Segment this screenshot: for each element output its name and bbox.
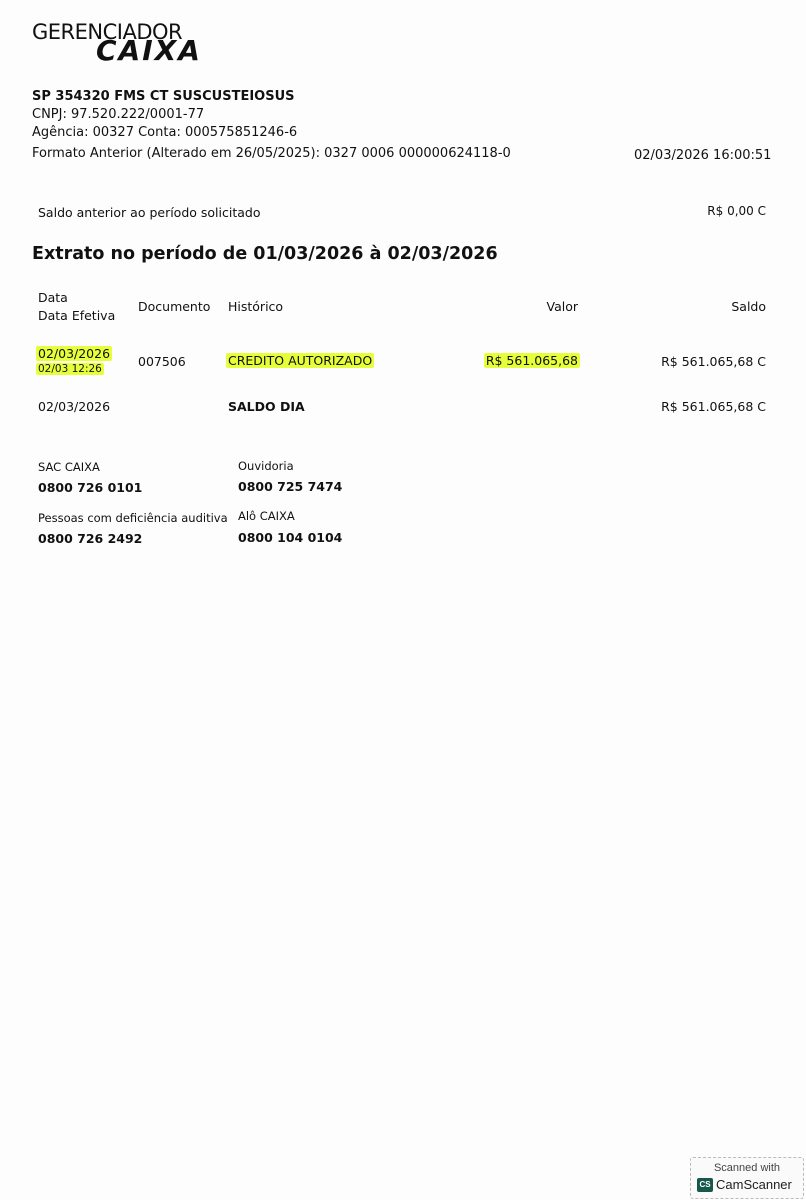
watermark-text: Scanned with	[691, 1162, 803, 1174]
row-history: SALDO DIA	[228, 399, 305, 414]
camscanner-logo-icon: CS	[697, 1178, 713, 1192]
col-history: Histórico	[228, 299, 283, 314]
row-document: 007506	[138, 354, 186, 369]
contact-phone-deficiencia: 0800 726 2492	[38, 531, 142, 546]
row-date: 02/03/2026	[36, 346, 112, 361]
contact-phone-alo-caixa: 0800 104 0104	[238, 530, 342, 545]
col-balance: Saldo	[731, 299, 766, 314]
row-effective-date: 02/03 12:26	[36, 363, 104, 375]
row-date: 02/03/2026	[38, 399, 110, 414]
col-value: Valor	[546, 299, 578, 314]
row-history: CREDITO AUTORIZADO	[226, 353, 374, 368]
col-document: Documento	[138, 299, 210, 314]
statement-title: Extrato no período de 01/03/2026 à 02/03…	[32, 244, 498, 264]
previous-balance-value: R$ 0,00 C	[707, 204, 766, 218]
watermark-brand: CamScanner	[716, 1177, 792, 1192]
previous-balance-label: Saldo anterior ao período solicitado	[38, 205, 261, 220]
generated-at: 02/03/2026 16:00:51	[634, 148, 771, 163]
cnpj: CNPJ: 97.520.222/0001-77	[32, 107, 204, 122]
row-value: R$ 561.065,68	[484, 353, 580, 368]
contact-label-alo-caixa: Alô CAIXA	[238, 509, 295, 523]
account-name: SP 354320 FMS CT SUSCUSTEIOSUS	[32, 89, 295, 104]
contact-label-sac: SAC CAIXA	[38, 460, 100, 474]
contact-label-ouvidoria: Ouvidoria	[238, 459, 294, 473]
previous-format: Formato Anterior (Alterado em 26/05/2025…	[32, 146, 511, 161]
col-date: Data	[38, 290, 68, 305]
row-balance: R$ 561.065,68 C	[661, 354, 766, 369]
contact-phone-sac: 0800 726 0101	[38, 480, 142, 495]
contact-label-deficiencia: Pessoas com deficiência auditiva	[38, 511, 228, 525]
contact-phone-ouvidoria: 0800 725 7474	[238, 479, 342, 494]
col-effective-date: Data Efetiva	[38, 308, 115, 323]
row-balance: R$ 561.065,68 C	[661, 399, 766, 414]
agency-account: Agência: 00327 Conta: 000575851246-6	[32, 125, 297, 140]
camscanner-watermark: Scanned with CS CamScanner	[690, 1157, 804, 1199]
logo-caixa: CAIXA	[96, 34, 202, 67]
